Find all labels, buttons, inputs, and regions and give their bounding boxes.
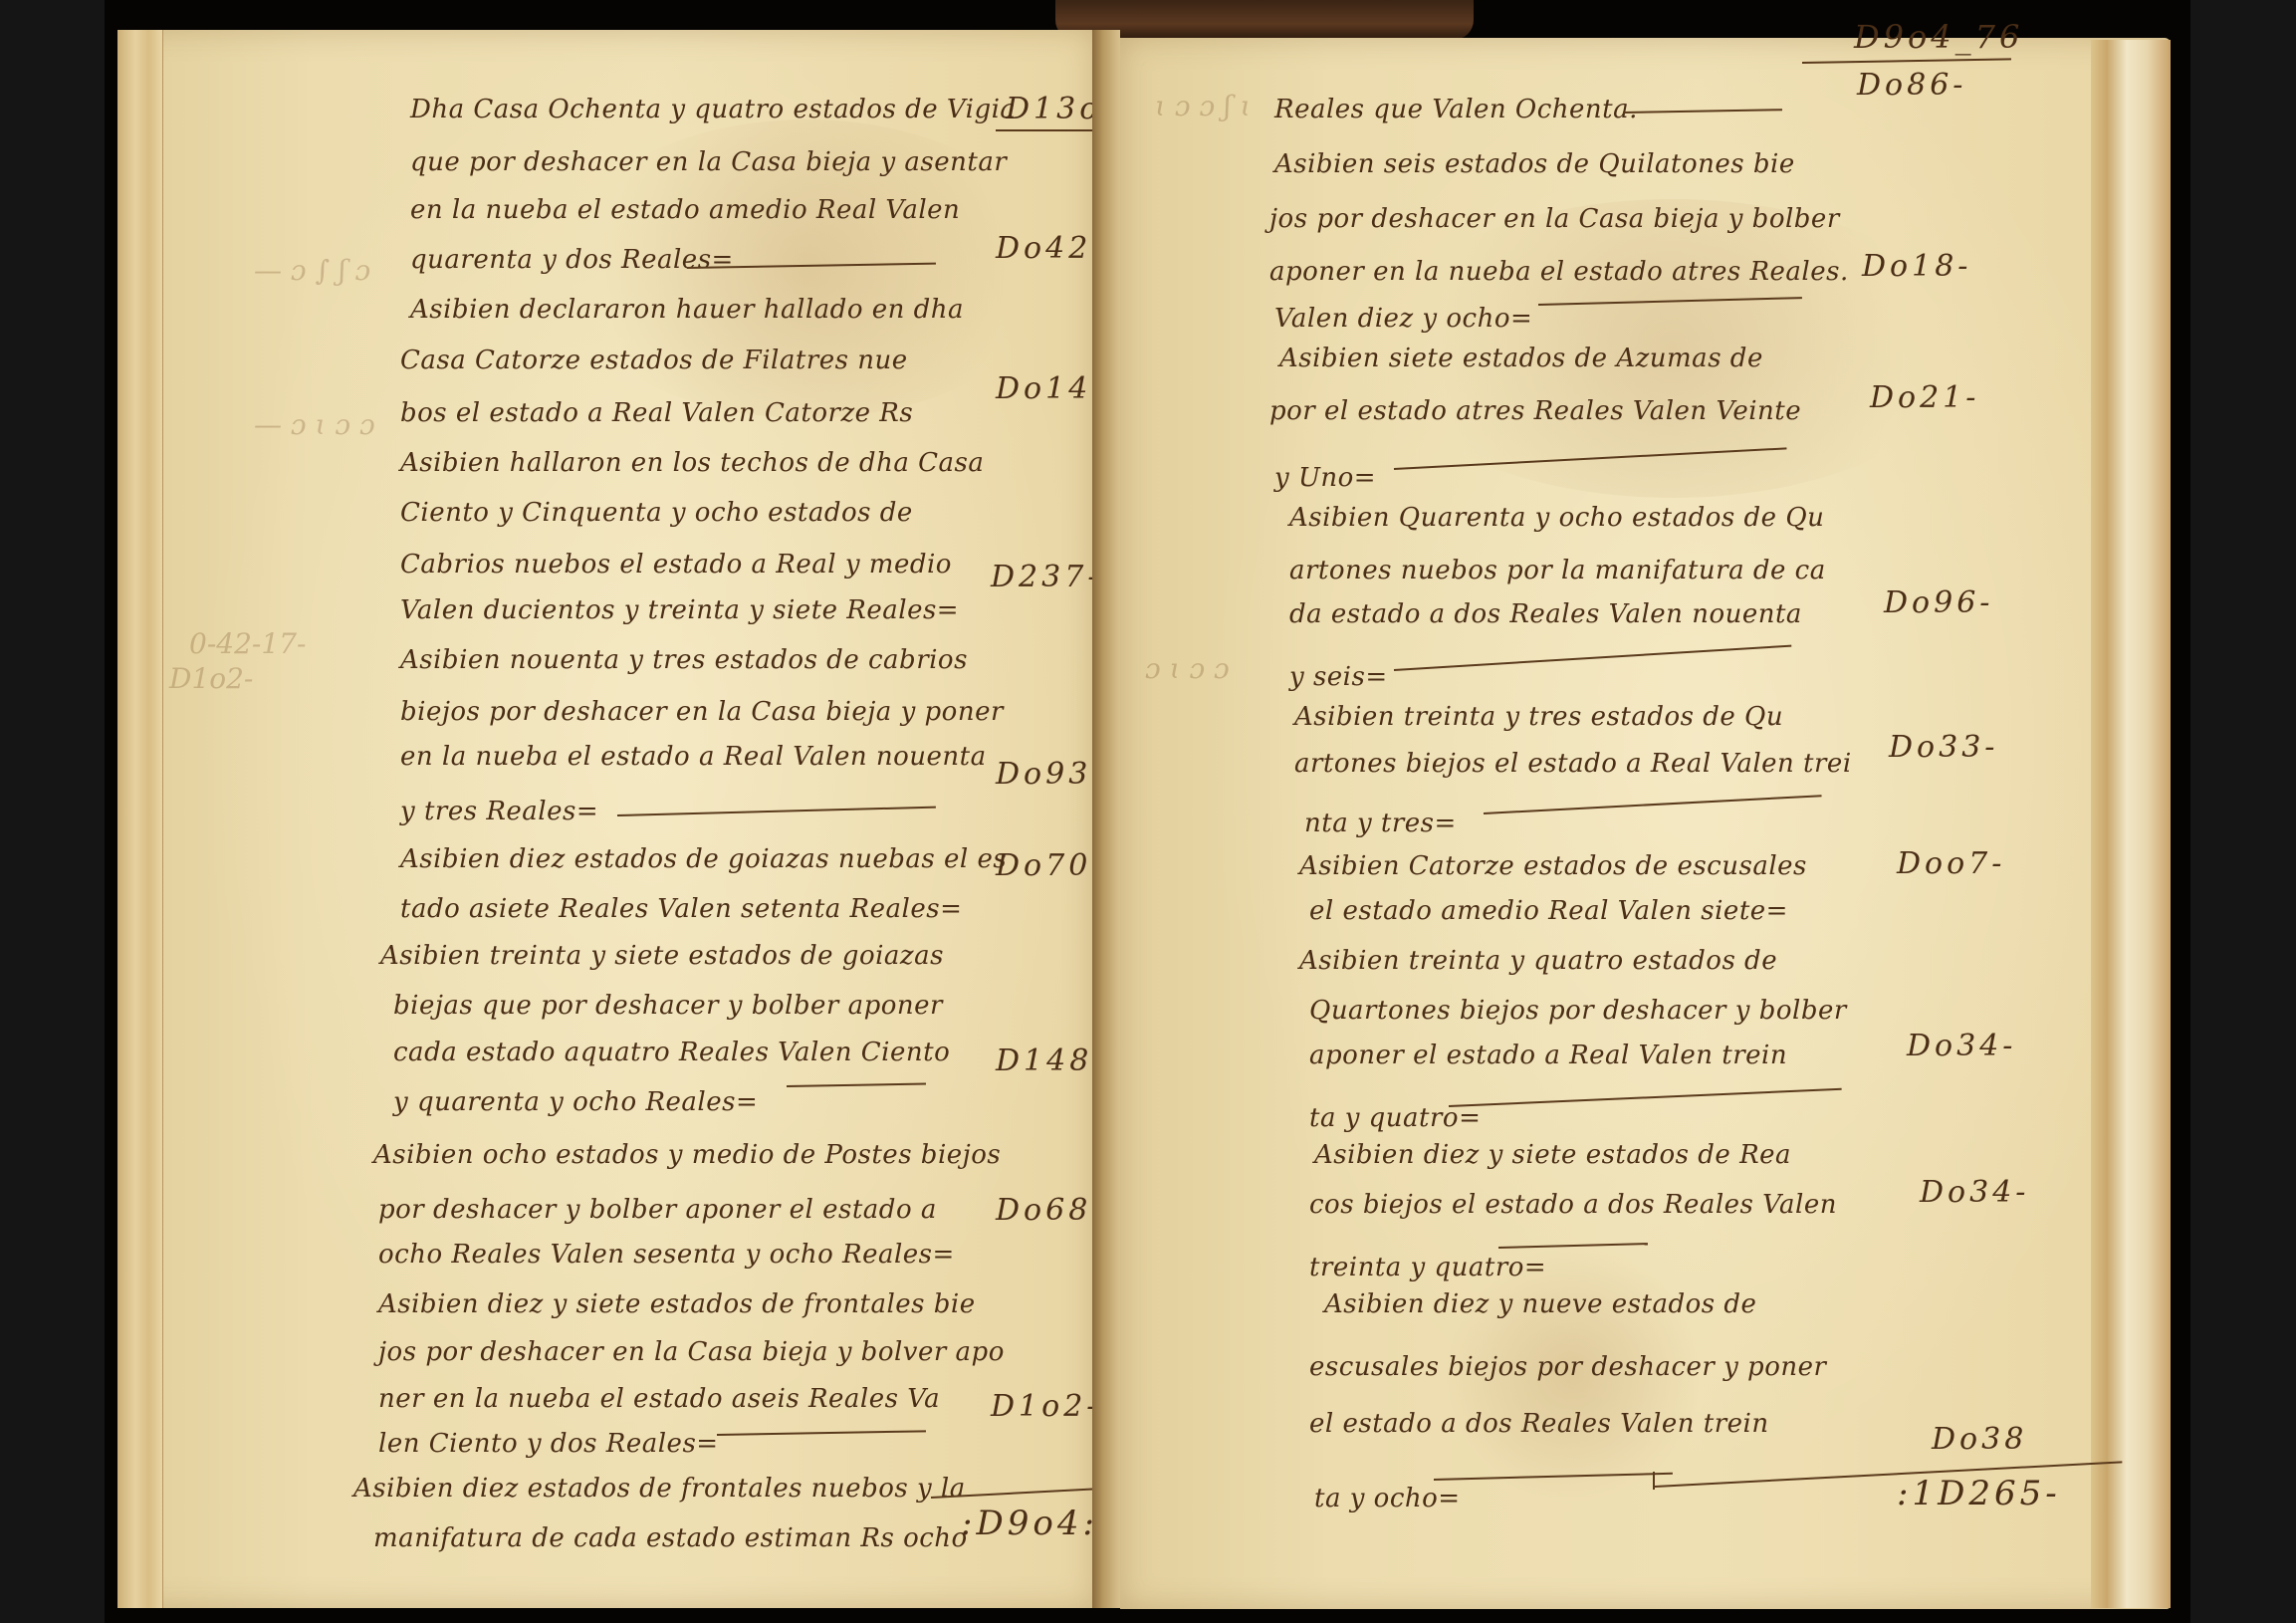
margin-faint-mark: 0-42-17- [189,627,306,660]
text-line: el estado amedio Real Valen siete= [1309,896,1788,926]
text-line: Dha Casa Ochenta y quatro estados de Vig… [410,95,1016,124]
amount-entry: Do86- [1857,68,1966,103]
text-line: Valen ducientos y treinta y siete Reales… [400,595,959,625]
text-line: jos por deshacer en la Casa bieja y bolb… [1269,204,1840,234]
text-line: Valen diez y ocho= [1274,304,1532,334]
text-line: por deshacer y bolber aponer el estado a [378,1195,937,1225]
text-line: en la nueba el estado amedio Real Valen [410,195,960,225]
page-total: :D9o4: [961,1504,1098,1543]
amount-entry: Do33- [1889,730,1998,765]
carried-forward-header: D9o4_76 [1854,18,2023,56]
text-line: cos biejos el estado a dos Reales Valen [1309,1190,1837,1220]
bleed-through-mark: — ɔ ∫ ʃ ɔ [254,254,370,287]
text-line: cada estado aquatro Reales Valen Ciento [393,1038,950,1067]
text-line: ocho Reales Valen sesenta y ocho Reales= [378,1240,955,1270]
text-line: Quartones biejos por deshacer y bolber [1309,996,1847,1026]
amount-entry: D237- [991,560,1101,594]
text-line: Asibien hallaron en los techos de dha Ca… [400,448,984,478]
sum-rule [996,129,1095,131]
text-line: Asibien diez estados de goiazas nuebas e… [400,844,1007,874]
text-line: en la nueba el estado a Real Valen nouen… [400,742,987,772]
text-line: y Uno= [1274,463,1376,493]
text-line: Asibien diez y siete estados de Rea [1314,1140,1791,1170]
text-line: Asibien diez estados de frontales nuebos… [353,1474,966,1504]
right-page-edge [2091,40,2171,1608]
amount-entry: D148- [996,1043,1106,1078]
text-line: Casa Catorze estados de Filatres nue [400,346,908,375]
amount-entry: Do42. [996,231,1105,266]
text-line: y quarenta y ocho Reales= [393,1087,758,1117]
amount-entry: Do96- [1884,585,1993,620]
text-line: artones nuebos por la manifatura de ca [1289,556,1826,585]
text-line: Asibien treinta y tres estados de Qu [1294,702,1783,732]
text-line: Asibien treinta y siete estados de goiaz… [380,941,944,971]
text-line: Asibien diez y siete estados de frontale… [378,1289,976,1319]
text-line: ner en la nueba el estado aseis Reales V… [378,1384,940,1414]
text-line: ta y ocho= [1314,1484,1461,1513]
amount-entry: Do21- [1870,380,1979,415]
amount-entry: Do14- [996,371,1105,406]
text-line: Asibien nouenta y tres estados de cabrio… [400,645,968,675]
text-line: y seis= [1289,662,1388,692]
text-line: ta y quatro= [1309,1103,1481,1133]
amount-entry: D1o2- [991,1389,1100,1424]
text-line: Asibien ocho estados y medio de Postes b… [373,1140,1001,1170]
amount-entry: Doo7- [1897,846,2005,881]
text-line: biejos por deshacer en la Casa bieja y p… [400,697,1004,727]
text-line: y tres Reales= [400,797,598,826]
text-line: biejas que por deshacer y bolber aponer [393,991,943,1021]
text-line: Asibien declararon hauer hallado en dha [410,295,964,325]
text-line: aponer el estado a Real Valen trein [1309,1041,1787,1070]
bleed-through-mark: ɩ ɔ ɔ ʃ ɩ [1155,90,1252,122]
text-line: Asibien siete estados de Azumas de [1279,344,1763,373]
amount-entry: Do70- [996,848,1105,883]
text-line: bos el estado a Real Valen Catorze Rs [400,398,913,428]
text-line: el estado a dos Reales Valen trein [1309,1409,1769,1439]
text-line: Asibien Quarenta y ocho estados de Qu [1289,503,1824,533]
text-line: jos por deshacer en la Casa bieja y bolv… [378,1337,1005,1367]
text-line: Reales que Valen Ochenta. [1274,95,1638,124]
text-line: Asibien Catorze estados de escusales [1299,851,1807,881]
amount-entry: Do34- [1907,1029,2016,1063]
bleed-through-mark: ɔ ɩ ɔ ɔ [1145,652,1230,685]
text-line: Cabrios nuebos el estado a Real y medio [400,550,952,580]
text-line: escusales biejos por deshacer y poner [1309,1352,1826,1382]
text-line: Asibien diez y nueve estados de [1324,1289,1756,1319]
amount-entry: Do68- [996,1193,1105,1228]
amount-entry: Do34- [1920,1175,2029,1210]
text-line: tado asiete Reales Valen setenta Reales= [400,894,962,924]
text-line: quarenta y dos Reales= [410,245,734,275]
text-line: aponer en la nueba el estado atres Reale… [1269,257,1849,287]
text-line: Asibien seis estados de Quilatones bie [1274,149,1795,179]
text-line: nta y tres= [1304,809,1457,838]
text-line: que por deshacer en la Casa bieja y asen… [410,147,1007,177]
amount-entry: Do38 [1932,1422,2027,1457]
margin-faint-mark: D1o2- [169,662,253,695]
text-line: Ciento y Cinquenta y ocho estados de [400,498,913,528]
text-line: treinta y quatro= [1309,1253,1546,1282]
text-line: manifatura de cada estado estiman Rs och… [373,1523,968,1553]
book-gutter [1092,30,1120,1608]
bleed-through-mark: — ɔ ɩ ɔ ɔ [254,408,375,441]
text-line: artones biejos el estado a Real Valen tr… [1294,749,1852,779]
text-line: por el estado atres Reales Valen Veinte [1269,396,1801,426]
left-page-edge [117,30,163,1608]
amount-entry: Do93- [996,757,1105,792]
text-line: len Ciento y dos Reales= [378,1429,719,1459]
amount-entry: Do18- [1862,249,1971,284]
text-line: da estado a dos Reales Valen nouenta [1289,599,1802,629]
page-total: :1D265- [1897,1474,2061,1513]
text-line: Asibien treinta y quatro estados de [1299,946,1777,976]
